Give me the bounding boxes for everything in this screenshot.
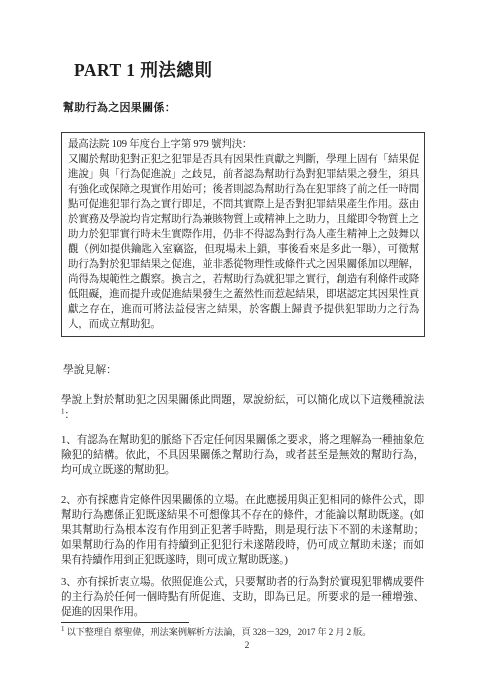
page-number: 2 bbox=[61, 641, 433, 651]
footnote-marker: 1 bbox=[61, 625, 64, 633]
footnote-text: 1 以下整理自 蔡聖偉，刑法案例解析方法論，頁 328－329，2017 年 2… bbox=[61, 627, 424, 640]
doctrine-intro-text: 學說上對於幫助犯之因果關係此問題，眾說紛紜，可以簡化成以下這幾種說法 bbox=[61, 395, 424, 406]
doctrine-item-2: 2、亦有採應肯定條件因果關係的立場。在此應援用與正犯相同的條件公式，即幫助行為應… bbox=[61, 493, 424, 568]
doctrine-heading: 學說見解： bbox=[63, 363, 424, 378]
doctrine-intro: 學說上對於幫助犯之因果關係此問題，眾說紛紜，可以簡化成以下這幾種說法1： bbox=[61, 393, 424, 423]
doctrine-item-3: 3、亦有採折衷立場。依照促進公式，只要幫助者的行為對於實現犯罪構成要件的主行為於… bbox=[61, 575, 424, 620]
doctrine-intro-colon: ： bbox=[64, 410, 74, 421]
case-citation: 最高法院 109 年度台上字第 979 號判決： bbox=[68, 137, 419, 152]
footnote-citation: 以下整理自 蔡聖偉，刑法案例解析方法論，頁 328－329，2017 年 2 月… bbox=[66, 628, 371, 638]
document-page: PART 1 刑法總則 幫助行為之因果關係： 最高法院 109 年度台上字第 9… bbox=[0, 0, 494, 700]
page-title: PART 1 刑法總則 bbox=[74, 58, 424, 82]
section-heading: 幫助行為之因果關係： bbox=[63, 101, 424, 116]
case-body-text: 又關於幫助犯對正犯之犯罪是否具有因果性貢獻之判斷，學理上固有「結果促進說」與「行… bbox=[68, 152, 419, 332]
footnote-area: 1 以下整理自 蔡聖偉，刑法案例解析方法論，頁 328－329，2017 年 2… bbox=[61, 622, 424, 651]
footnote-divider bbox=[61, 622, 189, 623]
case-quote-box: 最高法院 109 年度台上字第 979 號判決： 又關於幫助犯對正犯之犯罪是否具… bbox=[61, 132, 425, 337]
doctrine-item-1: 1、有認為在幫助犯的脈絡下否定任何因果關係之要求，將之理解為一種抽象危險犯的結構… bbox=[61, 433, 424, 478]
